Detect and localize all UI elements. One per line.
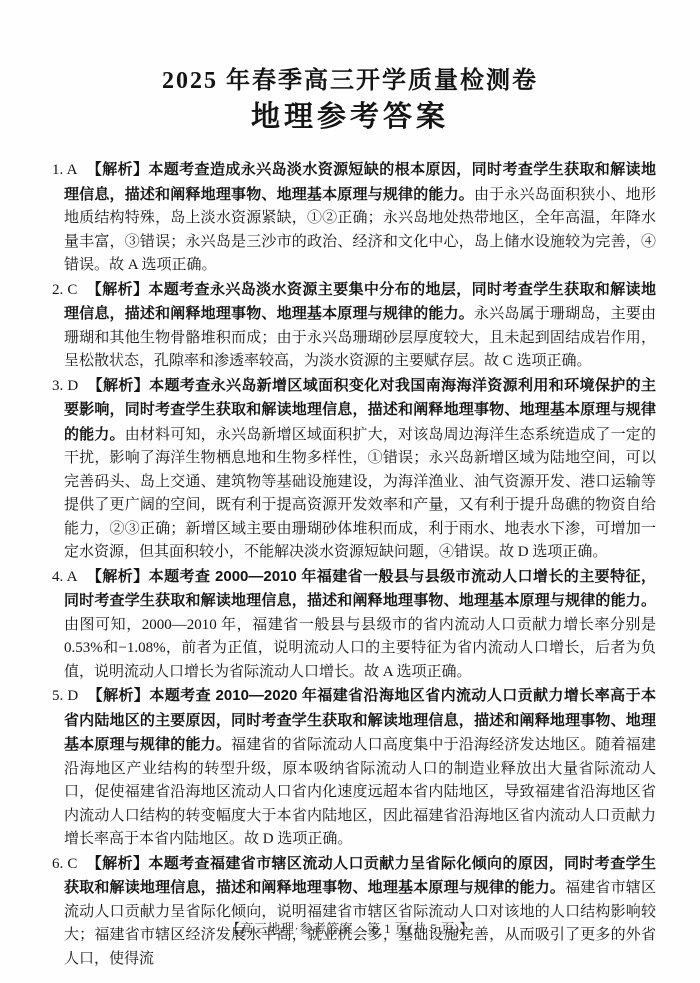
exam-title: 2025 年春季高三开学质量检测卷 [0, 66, 700, 96]
answer-key-page: 2025 年春季高三开学质量检测卷 地理参考答案 1. A【解析】本题考查造成永… [0, 0, 700, 983]
title-block: 2025 年春季高三开学质量检测卷 地理参考答案 [0, 0, 700, 135]
answer-number-label: 2. C [52, 282, 77, 298]
analysis-body-text: 由图可知，2000—2010 年，福建省一般县与县级市的省内流动人口贡献力增长率… [64, 617, 656, 680]
analysis-body-text: 福建省的省际流动人口高度集中于沿海经济发达地区。随着福建沿海地区产业结构的转型升… [64, 737, 656, 847]
page-footer: 【高三地理·参考答案 第 1 页(共 5 页)】 [0, 918, 700, 937]
answer-number-label: 6. C [52, 856, 77, 872]
answer-number-label: 4. A [52, 569, 77, 585]
analysis-bold-text: 【解析】本题考查 2000—2010 年福建省一般县与县级市流动人口增长的主要特… [64, 568, 656, 610]
answer-sheet-title: 地理参考答案 [0, 99, 700, 135]
answer-item-2: 2. C【解析】本题考查永兴岛淡水资源主要集中分布的地层，同时考查学生获取和解读… [52, 278, 656, 374]
answer-number-label: 5. D [52, 688, 78, 704]
answer-number-label: 1. A [52, 162, 77, 178]
answer-item-4: 4. A【解析】本题考查 2000—2010 年福建省一般县与县级市流动人口增长… [52, 565, 656, 685]
analysis-body-text: 由材料可知，永兴岛新增区域面积扩大，对该岛周边海洋生态系统造成了一定的干扰，影响… [64, 427, 656, 561]
answer-item-3: 3. D【解析】本题考查永兴岛新增区域面积变化对我国南海海洋资源利用和环境保护的… [52, 374, 656, 565]
answer-number-label: 3. D [52, 378, 78, 394]
answer-list: 1. A【解析】本题考查造成永兴岛淡水资源短缺的根本原因，同时考查学生获取和解读… [52, 158, 656, 971]
answer-item-6: 6. C【解析】本题考查福建省市辖区流动人口贡献力呈省际化倾向的原因，同时考查学… [52, 852, 656, 972]
answer-item-5: 5. D【解析】本题考查 2010—2020 年福建省沿海地区省内流动人口贡献力… [52, 684, 656, 852]
answer-item-1: 1. A【解析】本题考查造成永兴岛淡水资源短缺的根本原因，同时考查学生获取和解读… [52, 158, 656, 278]
